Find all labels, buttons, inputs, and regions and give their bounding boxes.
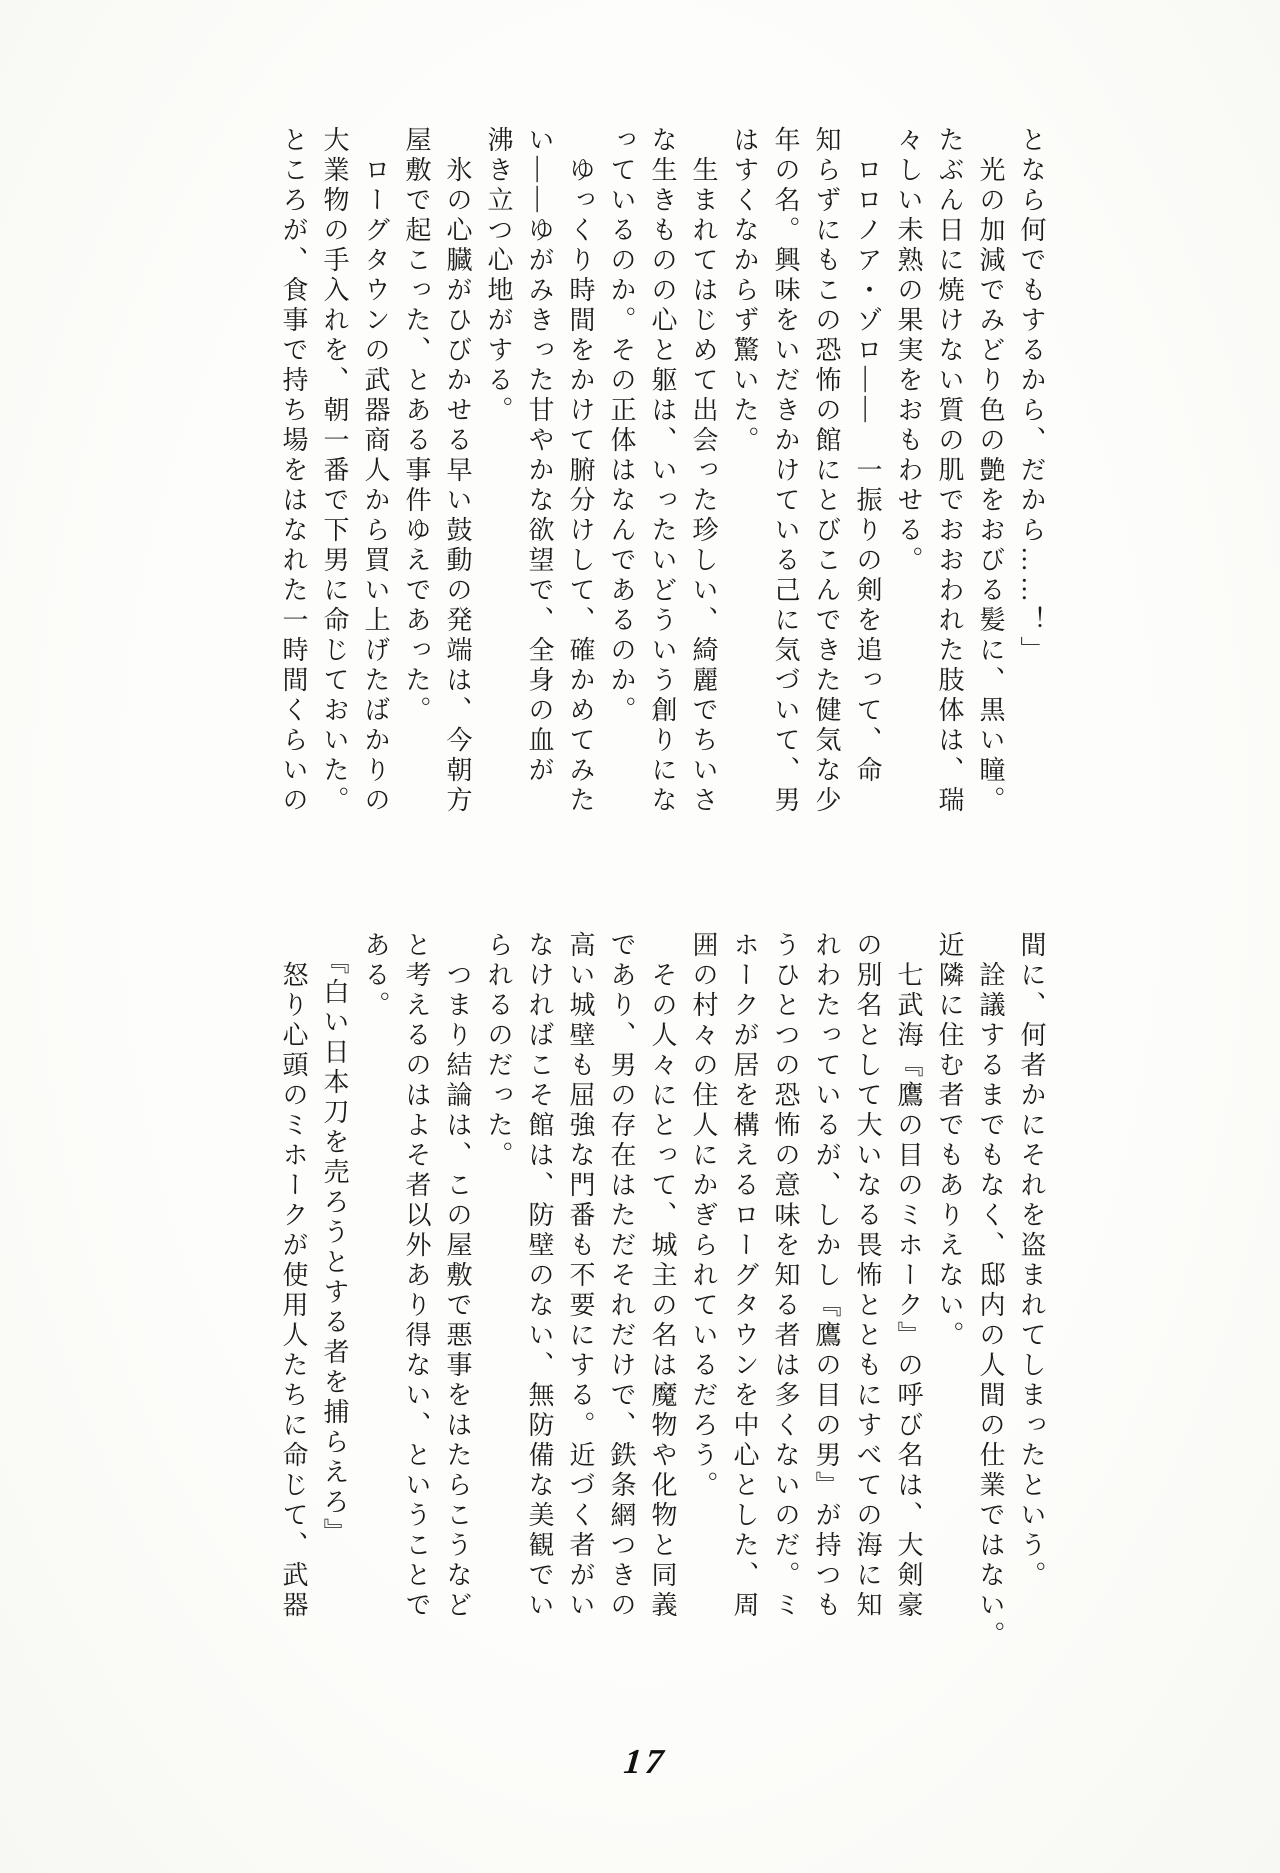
text-column: 々しい未熟の果実をおもわせる。 [888,126,929,830]
page-number: 17 [622,1742,669,1782]
text-column: 沸き立つ心地がする。 [478,126,519,830]
text-column: ホークが居を構えるローグタウンを中心とした、周 [724,931,765,1661]
text-column: となら何でもするから、だから……！」 [1011,126,1052,830]
text-column: はすくなからず驚いた。 [724,126,765,830]
text-column: 生まれてはじめて出会った珍しい、綺麗でちいさ [683,126,724,830]
text-column: 近隣に住む者でもありえない。 [929,931,970,1661]
text-column: ローグタウンの武器商人から買い上げたばかりの [355,126,396,830]
text-column: ところが、食事で持ち場をはなれた一時間くらいの [273,126,314,830]
text-column: 氷の心臓がひびかせる早い鼓動の発端は、今朝方 [437,126,478,830]
text-column: 高い城壁も屈強な門番も不要にする。近づく者がい [560,931,601,1661]
text-column: ロロノア・ゾロ―― 一振りの剣を追って、命 [847,126,888,830]
text-column: であり、男の存在はただそれだけで、鉄条網つきの [601,931,642,1661]
scanned-book-page: となら何でもするから、だから……！」 光の加減でみどり色の艶をおびる髪に、黒い瞳… [0,0,1280,1873]
text-block-top: となら何でもするから、だから……！」 光の加減でみどり色の艶をおびる髪に、黒い瞳… [252,126,1052,830]
text-column: の別名として大いなる畏怖とともにすべての海に知 [847,931,888,1661]
text-column: い――ゆがみきった甘やかな欲望で、全身の血が [519,126,560,830]
text-column: 年の名。興味をいだきかけている己に気づいて、男 [765,126,806,830]
text-column: れわたっているが、しかし『鷹の目の男』が持つも [806,931,847,1661]
text-column: ある。 [355,931,396,1661]
text-column: 間に、何者かにそれを盗まれてしまったという。 [1011,931,1052,1661]
text-column: 『白い日本刀を売ろうとする者を捕らえろ』 [314,931,355,1661]
text-column: 大業物の手入れを、朝一番で下男に命じておいた。 [314,126,355,830]
text-column: られるのだった。 [478,931,519,1661]
text-column: と考えるのはよそ者以外あり得ない、ということで [396,931,437,1661]
text-column: っているのか。その正体はなんであるのか。 [601,126,642,830]
text-column: な生きものの心と躯は、いったいどういう創りにな [642,126,683,830]
text-column: 知らずにもこの恐怖の館にとびこんできた健気な少 [806,126,847,830]
text-block-bottom: 間に、何者かにそれを盗まれてしまったという。 詮議するまでもなく、邸内の人間の仕… [252,931,1052,1661]
text-column: 詮議するまでもなく、邸内の人間の仕業ではない。 [970,931,1011,1661]
text-column: 光の加減でみどり色の艶をおびる髪に、黒い瞳。 [970,126,1011,830]
text-column: 囲の村々の住人にかぎられているだろう。 [683,931,724,1661]
text-column: 七武海『鷹の目のミホーク』の呼び名は、大剣豪 [888,931,929,1661]
text-column: たぶん日に焼けない質の肌でおおわれた肢体は、瑞 [929,126,970,830]
text-column: 屋敷で起こった、とある事件ゆえであった。 [396,126,437,830]
text-column: なければこそ館は、防壁のない、無防備な美観でい [519,931,560,1661]
text-column: ゆっくり時間をかけて腑分けして、確かめてみた [560,126,601,830]
text-column: その人々にとって、城主の名は魔物や化物と同義 [642,931,683,1661]
text-column: うひとつの恐怖の意味を知る者は多くないのだ。ミ [765,931,806,1661]
text-column: 怒り心頭のミホークが使用人たちに命じて、武器 [273,931,314,1661]
text-column: つまり結論は、この屋敷で悪事をはたらこうなど [437,931,478,1661]
